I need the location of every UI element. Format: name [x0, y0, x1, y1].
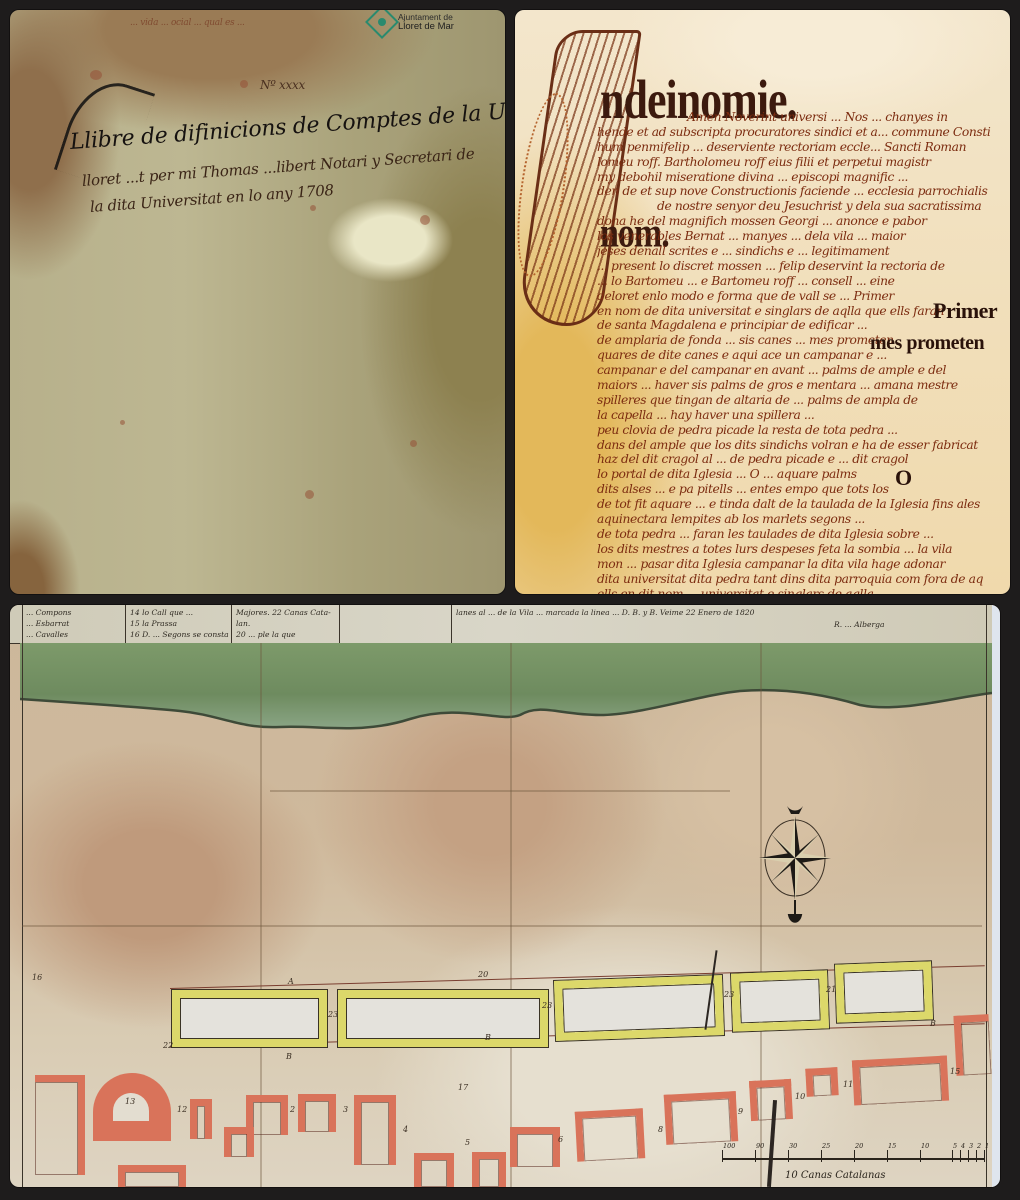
red-building	[354, 1095, 396, 1165]
block-label: 20	[478, 970, 488, 979]
building-label: 6	[558, 1135, 563, 1144]
map-frame-line	[986, 605, 987, 1187]
building-label: 15	[950, 1067, 960, 1076]
tree-emblem-icon	[365, 10, 399, 39]
text-line: ells en dit nom ... universitat e singla…	[597, 587, 1010, 595]
red-building	[298, 1094, 336, 1132]
illuminated-manuscript-photo: ndeinomie. nom. Amen Noverint universi .…	[515, 10, 1010, 594]
block-label: B	[286, 1052, 292, 1061]
rubric-primer: Primer	[933, 298, 997, 324]
stain	[305, 490, 314, 499]
text-line: dona he del magnifich mossen Georgi ... …	[597, 214, 1010, 229]
red-building	[190, 1099, 212, 1139]
stain	[310, 205, 316, 211]
stain	[90, 70, 102, 80]
text-line: maiors ... haver sis palms de gros e men…	[597, 378, 1010, 393]
paper-fold	[22, 925, 982, 927]
town-plan-map-photo: ... Compons ... Esbarrat ... Cavalles 14…	[10, 605, 1000, 1187]
text-line: campanar e del campanar en avant ... pal…	[597, 363, 1010, 378]
building-label: 11	[843, 1080, 853, 1089]
building-label: 17	[458, 1083, 468, 1092]
text-line: lomeu roff. Bartholomeu roff eius filii …	[597, 155, 1010, 170]
text-line: la capella ... hay haver una spillera ..…	[597, 408, 1010, 423]
text-line: dits alses ... e pa pitells ... entes em…	[597, 482, 1010, 497]
building-label: 10	[795, 1092, 805, 1101]
stain	[240, 80, 248, 88]
text-line: de tota pedra ... faran les taulades de …	[597, 527, 1010, 542]
block-label: 21	[826, 985, 836, 994]
watermark-line2: Lloret de Mar	[398, 21, 454, 32]
small-heading: Nº xxxx	[260, 78, 305, 92]
block-label: 22	[163, 1041, 173, 1050]
legend-cell-empty	[340, 605, 452, 643]
document-subtitle-line: lloret ...t per mi Thomas ...libert Nota…	[81, 145, 475, 190]
text-line: de tot fit aquare ... e tinda dalt de la…	[597, 497, 1010, 512]
text-line: aquinectara lempites ab los marlets sego…	[597, 512, 1010, 527]
red-building	[35, 1075, 85, 1175]
building-label: 3	[343, 1105, 348, 1114]
red-building	[510, 1127, 560, 1167]
yellow-block	[338, 990, 548, 1047]
red-building	[664, 1091, 739, 1145]
paper-fold	[510, 643, 512, 1187]
text-line: den de et sup nove Constructionis facien…	[597, 184, 1010, 199]
text-line: hum penmifelip ... deserviente rectoriam…	[597, 140, 1010, 155]
building-label: 5	[465, 1138, 470, 1147]
stain	[410, 440, 417, 447]
compass-rose-icon	[755, 800, 835, 930]
legend-cell: ... Compons ... Esbarrat ... Cavalles	[22, 605, 126, 643]
block-label: 23	[724, 990, 734, 999]
block-label: A	[288, 977, 294, 986]
sea-area	[20, 643, 992, 733]
map-backing-edge	[992, 605, 1000, 1187]
building-label: 13	[125, 1097, 135, 1106]
text-line: los dits mestres a totes lurs despeses f…	[597, 542, 1010, 557]
map-legend-header: ... Compons ... Esbarrat ... Cavalles 14…	[10, 605, 992, 644]
text-line: los venerables Bernat ... manyes ... del…	[597, 229, 1010, 244]
block-label: B	[930, 1019, 936, 1028]
text-line: ... present lo discret mossen ... felip …	[597, 259, 1010, 274]
stain	[120, 420, 125, 425]
text-line: de nostre senyor deu Jesuchrist y dela s…	[597, 199, 1010, 214]
text-line: dans del ample que los dits sindichs vol…	[597, 438, 1010, 453]
red-building	[414, 1153, 454, 1187]
yellow-block	[731, 970, 829, 1031]
building-label: 8	[658, 1125, 663, 1134]
red-building	[472, 1152, 506, 1187]
building-label: 2	[290, 1105, 295, 1114]
block-label: 23	[542, 1001, 552, 1010]
block-label: B	[485, 1033, 491, 1042]
text-line: haz del dit cragol al ... de pedra picad…	[597, 452, 1010, 467]
text-line: ... lo Bartomeu ... e Bartomeu roff ... …	[597, 274, 1010, 289]
building-label: 4	[403, 1125, 408, 1134]
scale-caption: 10 Canas Catalanas	[785, 1170, 886, 1181]
top-fragment-text: ... vida ... ocial ... qual es ...	[130, 18, 245, 28]
text-line: mon ... pasar dita Iglesia campanar la d…	[597, 557, 1010, 572]
text-line: Amen Noverint universi ... Nos ... chany…	[597, 110, 1010, 125]
red-building	[224, 1127, 254, 1157]
red-building	[118, 1165, 186, 1187]
red-building	[575, 1108, 646, 1161]
red-building	[852, 1056, 949, 1106]
yellow-block	[172, 990, 327, 1047]
rubric-o: O	[895, 465, 912, 491]
rubric-prometen: mes prometen	[870, 332, 984, 355]
map-frame-line	[22, 605, 23, 1187]
text-line: spilleres que tingan de altaria de ... p…	[597, 393, 1010, 408]
building-label: 9	[738, 1107, 743, 1116]
yellow-block	[835, 961, 933, 1022]
red-building-arched	[93, 1073, 171, 1141]
text-line: my debohil miseratione divina ... episco…	[597, 170, 1010, 185]
text-line: jeses denall scrites e ... sindichs e ..…	[597, 244, 1010, 259]
text-line: hende et ad subscripta procuratores sind…	[597, 125, 1010, 140]
red-building	[805, 1067, 838, 1097]
building-label: 12	[177, 1105, 187, 1114]
legend-cell: Majores. 22 Canas Cata- lan. 20 ... ple …	[232, 605, 340, 643]
paper-fold	[270, 790, 730, 792]
manuscript-cover-photo: Ajuntament de Lloret de Mar ... vida ...…	[10, 10, 505, 594]
text-line: dita universitat dita pedra tant dins di…	[597, 572, 1010, 587]
scale-bar: 100 90 30 25 20 15 10 5 4 3 2 1	[722, 1158, 984, 1160]
text-line: peu clovia de pedra picade la resta de t…	[597, 423, 1010, 438]
legend-cell: 14 lo Call que ... 15 la Prassa 16 D. ..…	[126, 605, 232, 643]
legend-cell-title: lanes al ... de la Vila ... marcada la l…	[452, 605, 892, 643]
stain	[420, 215, 430, 225]
watermark-logo: Ajuntament de Lloret de Mar	[370, 10, 454, 34]
text-line: lo portal de dita Iglesia ... O ... aqua…	[597, 467, 1010, 482]
block-label: 23	[328, 1010, 338, 1019]
yellow-block	[554, 975, 724, 1041]
block-label: 16	[32, 973, 42, 982]
